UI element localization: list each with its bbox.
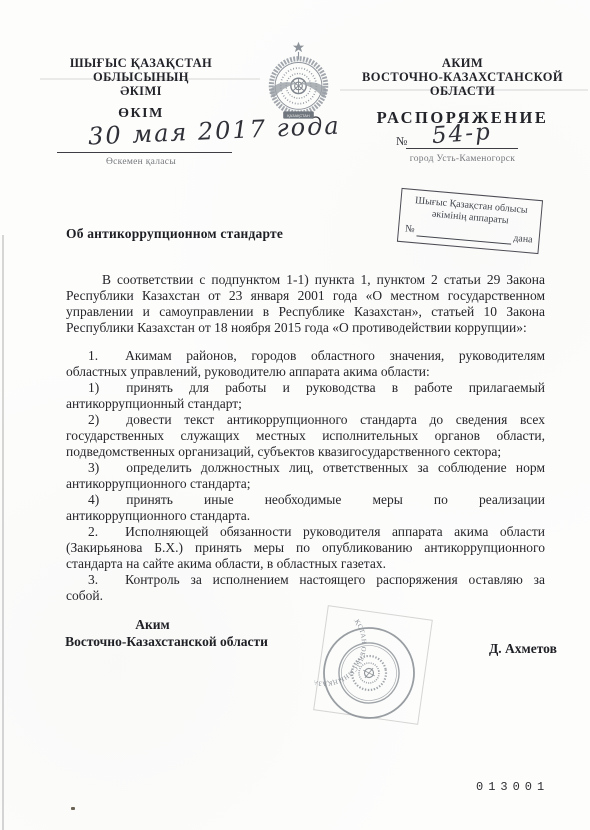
number-underline xyxy=(406,148,518,149)
body-line: антикоррупционного стандарта; xyxy=(66,476,545,492)
body-line: Республики Казахстан от 23 января 2001 г… xyxy=(66,288,545,304)
body-line: 1. Акимам районов, городов областного зн… xyxy=(66,348,545,364)
body-line: Республики Казахстан от 18 ноября 2015 г… xyxy=(66,320,545,336)
signer-post: Аким Восточно-Казахстанской области xyxy=(64,616,269,650)
issuer-name-kazakh: ШЫҒЫС ҚАЗАҚСТАН ОБЛЫСЫНЫҢ ӘКІМІ xyxy=(53,56,229,98)
kazakhstan-state-emblem-icon: ҚАЗАҚСТАН xyxy=(256,40,341,125)
body-line: стандарта на сайте акима области, в обла… xyxy=(66,556,545,572)
issuer-kz-line3: ӘКІМІ xyxy=(53,84,229,98)
issuer-ru-line3: ОБЛАСТИ xyxy=(355,84,570,98)
body-line: антикоррупционный стандарт; xyxy=(66,396,545,412)
body-line: 2. Исполняющей обязанности руководителя … xyxy=(66,524,545,540)
number-sign: № xyxy=(396,134,407,149)
signer-post-line2: Восточно-Казахстанской области xyxy=(64,633,269,650)
document-body: В соответствии с подпунктом 1-1) пункта … xyxy=(66,272,545,604)
stamp-box-fill-line xyxy=(416,225,512,244)
document-title: Об антикоррупционном стандарте xyxy=(66,226,283,242)
body-line: управлении и самоуправлении в Республике… xyxy=(66,304,545,320)
issuer-name-russian: АКИМ ВОСТОЧНО-КАЗАХСТАНСКОЙ ОБЛАСТИ xyxy=(355,56,570,98)
body-line: собой. xyxy=(66,588,545,604)
handwritten-doc-number: 54-р xyxy=(431,119,492,149)
body-line: областных управлений, руководителю аппар… xyxy=(66,364,545,380)
signer-post-line1: Аким xyxy=(64,616,269,633)
official-round-seal: ҚАЗАҚСТАН РЕСПУБЛИКАСЫ • ШЫҒЫС ҚАЗАҚСТАН… xyxy=(304,608,434,738)
body-line: 3) определить должностных лиц, ответстве… xyxy=(66,460,545,476)
body-line: (Закирьянова Б.Х.) принять меры по опубл… xyxy=(66,540,545,556)
date-underline xyxy=(57,152,232,153)
scan-dot-artifact xyxy=(71,807,75,810)
body-line: антикоррупционного стандарта. xyxy=(66,508,545,524)
stamp-box-count-label: дана xyxy=(513,233,533,246)
body-line: государственных служащих местных исполни… xyxy=(66,428,545,444)
issuer-ru-line2: ВОСТОЧНО-КАЗАХСТАНСКОЙ xyxy=(355,70,570,84)
emblem-banner-text: ҚАЗАҚСТАН xyxy=(287,113,310,118)
body-line: 2) довести текст антикоррупционного стан… xyxy=(66,412,545,428)
form-serial-number: 013001 xyxy=(476,780,549,794)
body-line: 3. Контроль за исполнением настоящего ра… xyxy=(66,572,545,588)
city-russian: город Усть-Каменогорск xyxy=(355,154,570,164)
issuer-kz-line1: ШЫҒЫС ҚАЗАҚСТАН xyxy=(53,56,229,70)
issuer-ru-line1: АКИМ xyxy=(355,56,570,70)
city-kazakh: Өскемен қаласы xyxy=(53,157,229,167)
body-line: 1) принять для работы и руководства в ра… xyxy=(66,380,545,396)
body-line: подведомственных организаций, субъектов … xyxy=(66,444,545,460)
body-line: В соответствии с подпунктом 1-1) пункта … xyxy=(66,272,545,288)
signer-name: Д. Ахметов xyxy=(489,641,557,657)
issuer-kz-line2: ОБЛЫСЫНЫҢ xyxy=(53,70,229,84)
registration-stamp-box: Шығыс Қазақстан облысы әкімінің аппараты… xyxy=(397,188,543,254)
stamp-box-no-label: № xyxy=(405,223,416,235)
scan-edge-line xyxy=(2,235,4,830)
body-line: 4) принять иные необходимые меры по реал… xyxy=(66,492,545,508)
document-page: ШЫҒЫС ҚАЗАҚСТАН ОБЛЫСЫНЫҢ ӘКІМІ ӨКІМ 30 … xyxy=(0,0,590,830)
